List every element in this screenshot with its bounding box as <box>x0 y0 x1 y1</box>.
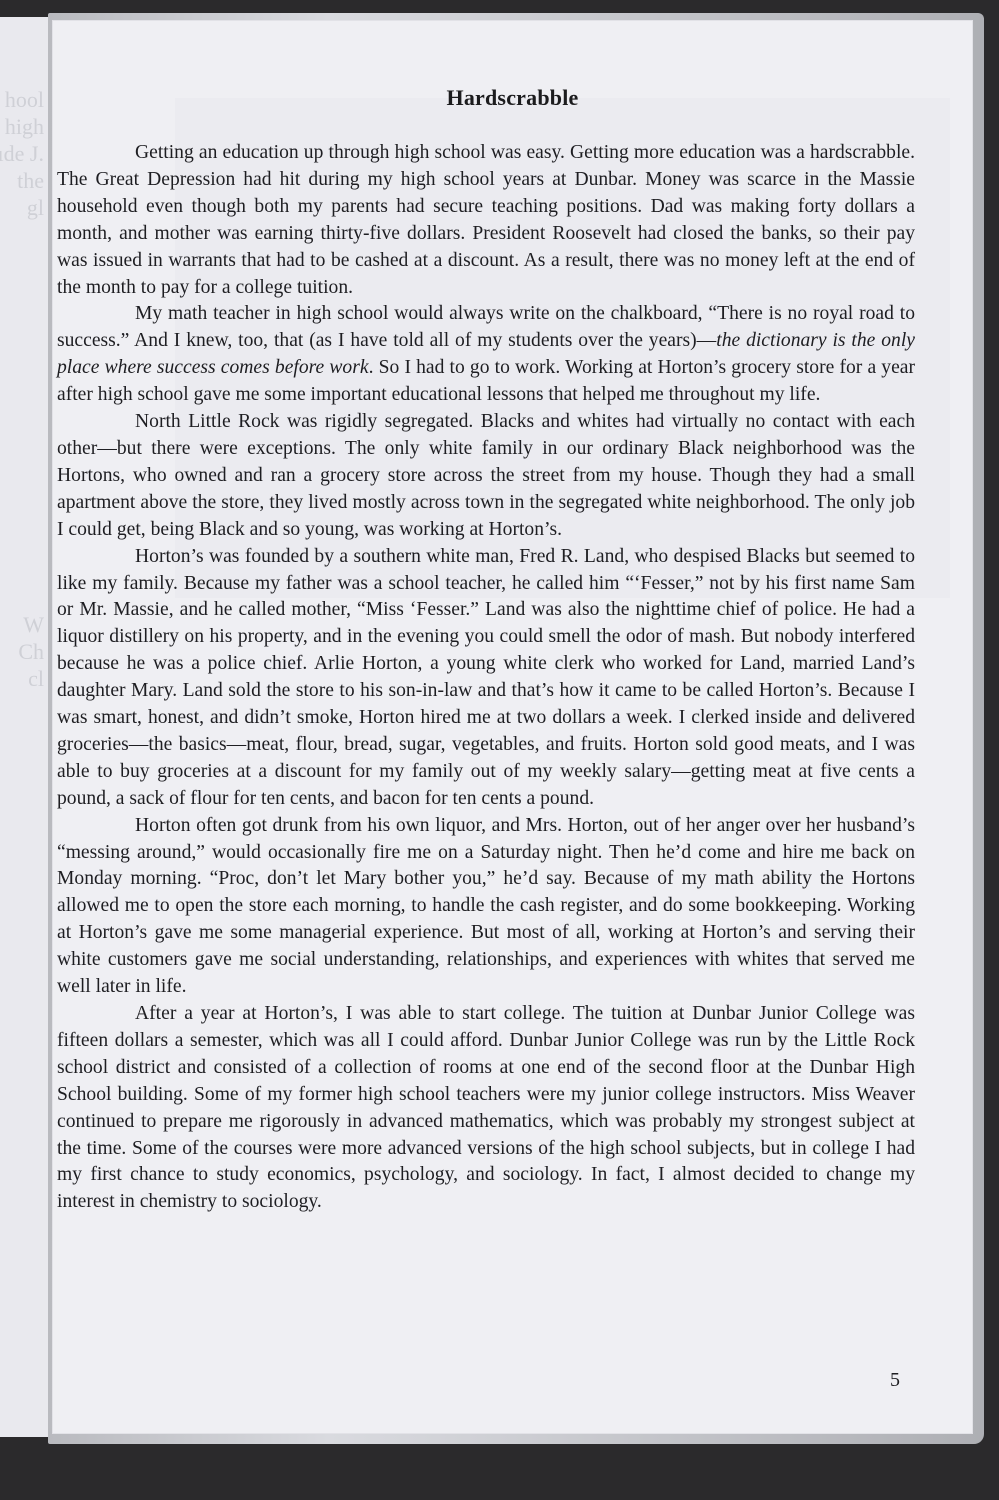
paragraph-4: Horton’s was founded by a southern white… <box>57 544 915 813</box>
chapter-title: Hardscrabble <box>52 85 973 111</box>
paragraph-3: North Little Rock was rigidly segregated… <box>57 409 915 544</box>
paragraph-2: My math teacher in high school would alw… <box>57 301 915 409</box>
bleed-through-text: gl <box>27 195 44 221</box>
bleed-through-text: Ch <box>18 639 44 665</box>
book-page: Hardscrabble Getting an education up thr… <box>52 20 973 1434</box>
body-text: Getting an education up through high sch… <box>57 140 915 1216</box>
bleed-through-text: ıde J. <box>0 141 44 167</box>
paragraph-6: After a year at Horton’s, I was able to … <box>57 1001 915 1216</box>
bleed-through-text: W <box>23 612 44 638</box>
paragraph-5: Horton often got drunk from his own liqu… <box>57 813 915 1001</box>
bleed-through-text: the <box>17 168 44 194</box>
bleed-through-text: cl <box>28 666 44 692</box>
bleed-through-text: hool <box>5 87 44 113</box>
page-number: 5 <box>890 1369 900 1392</box>
paragraph-1: Getting an education up through high sch… <box>57 140 915 301</box>
previous-page-edge: hool high ıde J. the gl W Ch cl <box>0 17 52 1437</box>
bleed-through-text: high <box>5 114 44 140</box>
